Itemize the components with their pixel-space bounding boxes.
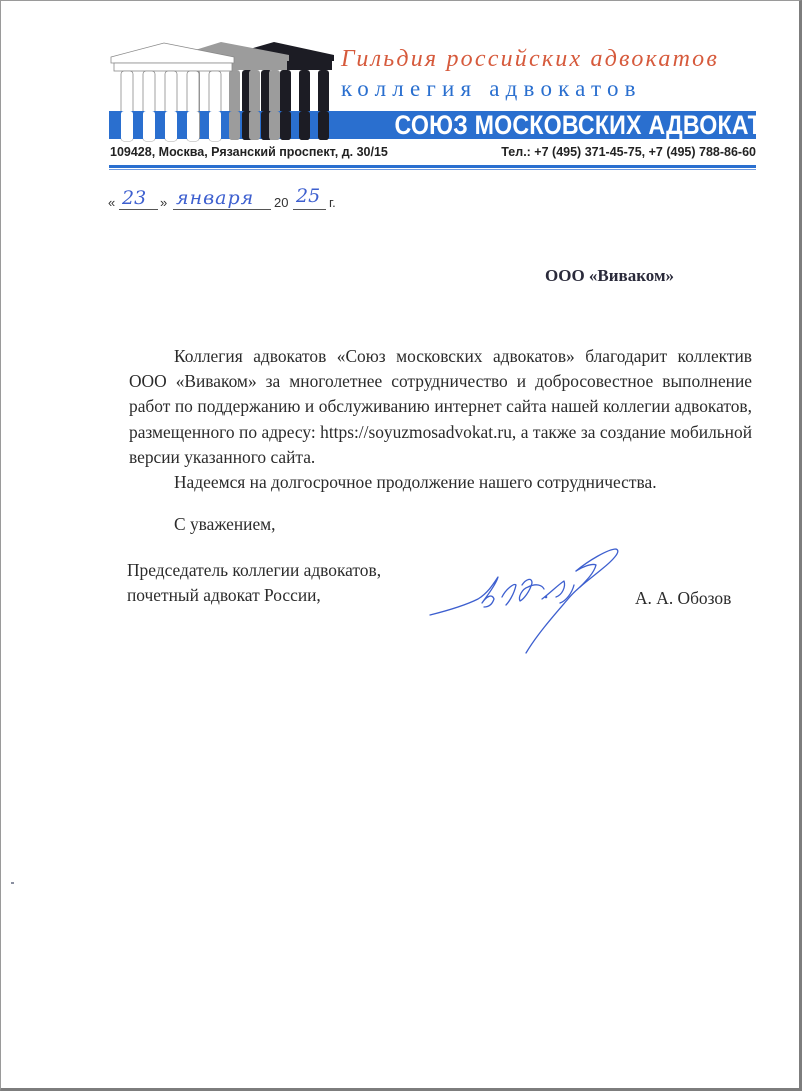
day-handwritten: 23 [122, 188, 146, 208]
year-handwritten: 25 [296, 186, 320, 206]
year-suffix: г. [329, 195, 336, 210]
closing-regards: С уважением, [174, 514, 276, 535]
signer-title-line1: Председатель коллегии адвокатов, [127, 558, 381, 583]
signer-title-line2: почетный адвокат России, [127, 583, 381, 608]
recipient: ООО «Виваком» [545, 266, 674, 286]
guild-name: Гильдия российских адвокатов [341, 45, 756, 73]
signer-title: Председатель коллегии адвокатов, почетны… [127, 558, 381, 608]
temple-columns-foreground-icon [109, 39, 339, 143]
contact-row: 109428, Москва, Рязанский проспект, д. 3… [109, 143, 756, 161]
college-name: коллегия адвокатов [341, 75, 756, 103]
signer-name: А. А. Обозов [635, 588, 731, 609]
postal-address: 109428, Москва, Рязанский проспект, д. 3… [110, 143, 388, 161]
scan-speck [11, 882, 14, 884]
letter-page: Гильдия российских адвокатов коллегия ад… [0, 0, 802, 1091]
date-close-quote: » [160, 195, 167, 210]
body-paragraph: Коллегия адвокатов «Союз московских адво… [129, 344, 752, 470]
date-open-quote: « [108, 195, 115, 210]
month-handwritten: января [176, 188, 254, 208]
header-rule-thick [109, 165, 756, 168]
phone-numbers: Тел.: +7 (495) 371-45-75, +7 (495) 788-8… [501, 143, 756, 161]
handwritten-signature-icon [426, 541, 636, 661]
year-prefix: 20 [274, 195, 288, 210]
union-name: СОЮЗ МОСКОВСКИХ АДВОКАТОВ [395, 109, 754, 141]
body-paragraph: Надеемся на долгосрочное продолжение наш… [129, 470, 752, 495]
header-rule-thin [109, 169, 756, 170]
letter-body: Коллегия адвокатов «Союз московских адво… [129, 344, 752, 495]
